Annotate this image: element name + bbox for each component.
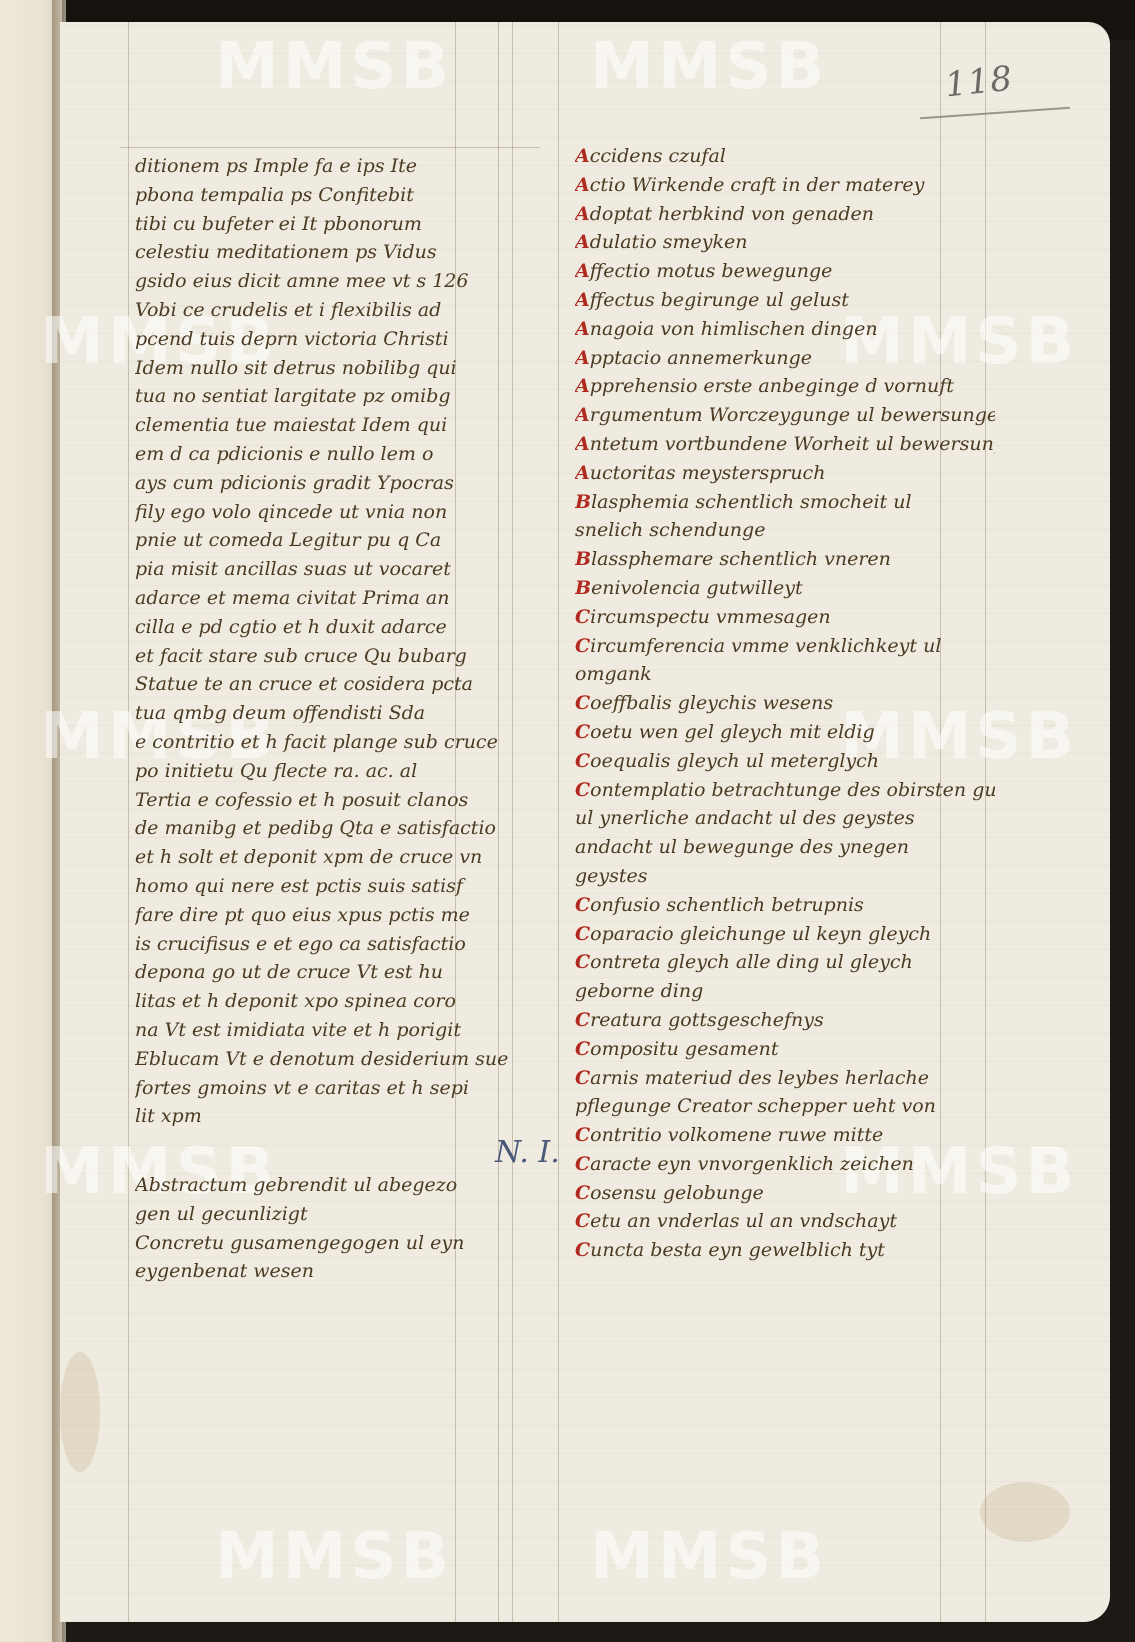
glossary-entry: Circumferencia vmme venklichkeyt ul <box>575 632 995 661</box>
glossary-entry: Affectio motus bewegunge <box>575 257 995 286</box>
text-line: is crucifisus e et ego ca satisfactio <box>135 930 515 959</box>
spacer <box>135 1131 515 1171</box>
left-column-text: ditionem ps Imple fa e ips Itepbona temp… <box>135 152 515 1286</box>
rubricated-initial: A <box>575 203 590 225</box>
text-line: cilla e pd cgtio et h duxit adarce <box>135 613 515 642</box>
entry-text: rgumentum Worczeygunge ul bewersunge <box>590 404 995 426</box>
rubricated-initial: A <box>575 289 590 311</box>
glossary-entry: Antetum vortbundene Worheit ul bewersung… <box>575 430 995 459</box>
text-line: de manibg et pedibg Qta e satisfactio <box>135 814 515 843</box>
folio-number: 118 <box>943 59 1015 106</box>
glossary-entry: Auctoritas meysterspruch <box>575 459 995 488</box>
rubricated-initial: B <box>575 577 591 599</box>
text-line: em d ca pdicionis e nullo lem o <box>135 440 515 469</box>
entry-text: oeffbalis gleychis wesens <box>590 692 833 714</box>
text-line: depona go ut de cruce Vt est hu <box>135 958 515 987</box>
glossary-entry: Contemplatio betrachtunge des obirsten g… <box>575 776 995 805</box>
entry-text: ffectio motus bewegunge <box>590 260 833 282</box>
rubricated-initial: C <box>575 721 590 743</box>
glossary-entry: Caracte eyn vnvorgenklich zeichen <box>575 1150 995 1179</box>
rubricated-initial: C <box>575 1239 590 1261</box>
glossary-entry: Contreta gleych alle ding ul gleych <box>575 948 995 977</box>
glossary-entry: Actio Wirkende craft in der materey <box>575 171 995 200</box>
text-line: tibi cu bufeter ei It pbonorum <box>135 210 515 239</box>
text-line: pia misit ancillas suas ut vocaret <box>135 555 515 584</box>
rubricated-initial: A <box>575 375 590 397</box>
stain <box>60 1352 100 1472</box>
glossary-entry: Argumentum Worczeygunge ul bewersunge <box>575 401 995 430</box>
text-line: adarce et mema civitat Prima an <box>135 584 515 613</box>
rubricated-initial: A <box>575 347 590 369</box>
ruling-line <box>558 22 559 1622</box>
glossary-entry: Affectus begirunge ul gelust <box>575 286 995 315</box>
entry-text: ircumferencia vmme venklichkeyt ul <box>590 635 941 657</box>
watermark: MMSB <box>215 1520 453 1594</box>
glossary-entry: Adoptat herbkind von genaden <box>575 200 995 229</box>
watermark: MMSB <box>215 30 453 104</box>
glossary-entry: ul ynerliche andacht ul des geystes <box>575 804 995 833</box>
rubricated-initial: C <box>575 1124 590 1146</box>
rubricated-initial: A <box>575 404 590 426</box>
rubricated-initial: B <box>575 548 591 570</box>
text-line: gen ul gecunlizigt <box>135 1200 515 1229</box>
entry-text: ontreta gleych alle ding ul gleych <box>590 951 913 973</box>
text-line: po initietu Qu flecte ra. ac. al <box>135 757 515 786</box>
glossary-entry: Blassphemare schentlich vneren <box>575 545 995 574</box>
glossary-entry: Coeffbalis gleychis wesens <box>575 689 995 718</box>
glossary-entry: Coequalis gleych ul meterglych <box>575 747 995 776</box>
entry-text: aracte eyn vnvorgenklich zeichen <box>590 1153 914 1175</box>
text-line: tua no sentiat largitate pz omibg <box>135 382 515 411</box>
rubricated-initial: A <box>575 318 590 340</box>
stain <box>980 1482 1070 1542</box>
text-line: eygenbenat wesen <box>135 1257 515 1286</box>
glossary-entry: Cetu an vnderlas ul an vndschayt <box>575 1207 995 1236</box>
rubricated-initial: C <box>575 1009 590 1031</box>
text-line: homo qui nere est pctis suis satisf <box>135 872 515 901</box>
entry-text: ntetum vortbundene Worheit ul bewersunge <box>590 433 995 455</box>
glossary-entry: Adulatio smeyken <box>575 228 995 257</box>
rubricated-initial: A <box>575 231 590 253</box>
entry-text: ffectus begirunge ul gelust <box>590 289 849 311</box>
text-line: et facit stare sub cruce Qu bubarg <box>135 642 515 671</box>
glossary-entry: Blasphemia schentlich smocheit ul <box>575 488 995 517</box>
text-line: gsido eius dicit amne mee vt s 126 <box>135 267 515 296</box>
glossary-entry: Contritio volkomene ruwe mitte <box>575 1121 995 1150</box>
rubricated-initial: C <box>575 1182 590 1204</box>
rubricated-initial: C <box>575 750 590 772</box>
glossary-entry: geystes <box>575 862 995 891</box>
entry-text: ctio Wirkende craft in der materey <box>590 174 925 196</box>
text-line: litas et h deponit xpo spinea coro <box>135 987 515 1016</box>
entry-text: onfusio schentlich betrupnis <box>590 894 864 916</box>
entry-text: ircumspectu vmmesagen <box>590 606 831 628</box>
text-line: pbona tempalia ps Confitebit <box>135 181 515 210</box>
rubricated-initial: C <box>575 1153 590 1175</box>
watermark: MMSB <box>590 30 828 104</box>
right-column-glossary: Accidens czufalActio Wirkende craft in d… <box>575 142 995 1265</box>
ruling-line <box>120 147 540 148</box>
text-line: et h solt et deponit xpm de cruce vn <box>135 843 515 872</box>
rubricated-initial: C <box>575 1210 590 1232</box>
entry-text: dulatio smeyken <box>590 231 748 253</box>
glossary-entry: Creatura gottsgeschefnys <box>575 1006 995 1035</box>
rubricated-initial: C <box>575 1038 590 1060</box>
text-line: na Vt est imidiata vite et h porigit <box>135 1016 515 1045</box>
ruling-line <box>128 22 129 1622</box>
text-line: fortes gmoins vt e caritas et h sepi <box>135 1074 515 1103</box>
glossary-entry: Coetu wen gel gleych mit eldig <box>575 718 995 747</box>
text-line: Concretu gusamengegogen ul eyn <box>135 1229 515 1258</box>
rubricated-initial: A <box>575 433 590 455</box>
text-line: tua qmbg deum offendisti Sda <box>135 699 515 728</box>
glossary-entry: Coparacio gleichunge ul keyn gleych <box>575 920 995 949</box>
glossary-entry: geborne ding <box>575 977 995 1006</box>
glossary-entry: andacht ul bewegunge des ynegen <box>575 833 995 862</box>
watermark: MMSB <box>590 1520 828 1594</box>
rubricated-initial: C <box>575 606 590 628</box>
text-line: Statue te an cruce et cosidera pcta <box>135 670 515 699</box>
entry-text: pprehensio erste anbeginge d vornuft <box>590 375 954 397</box>
entry-text: oparacio gleichunge ul keyn gleych <box>590 923 931 945</box>
text-line: Eblucam Vt e denotum desiderium sue <box>135 1045 515 1074</box>
rubricated-initial: C <box>575 951 590 973</box>
entry-text: pptacio annemerkunge <box>590 347 812 369</box>
entry-text: oetu wen gel gleych mit eldig <box>590 721 875 743</box>
entry-text: lasphemia schentlich smocheit ul <box>591 491 911 513</box>
rubricated-initial: A <box>575 260 590 282</box>
entry-text: lassphemare schentlich vneren <box>591 548 891 570</box>
text-line: lit xpm <box>135 1102 515 1131</box>
glossary-entry: Cuncta besta eyn gewelblich tyt <box>575 1236 995 1265</box>
entry-text: ccidens czufal <box>590 145 726 167</box>
glossary-entry: snelich schendunge <box>575 516 995 545</box>
rubricated-initial: C <box>575 635 590 657</box>
glossary-entry: Apprehensio erste anbeginge d vornuft <box>575 372 995 401</box>
rubricated-initial: C <box>575 894 590 916</box>
entry-text: osensu gelobunge <box>590 1182 764 1204</box>
entry-text: reatura gottsgeschefnys <box>590 1009 824 1031</box>
glossary-entry: Apptacio annemerkunge <box>575 344 995 373</box>
entry-text: ontritio volkomene ruwe mitte <box>590 1124 883 1146</box>
glossary-entry: Accidens czufal <box>575 142 995 171</box>
text-line: celestiu meditationem ps Vidus <box>135 238 515 267</box>
rubricated-initial: A <box>575 174 590 196</box>
entry-text: uctoritas meysterspruch <box>590 462 826 484</box>
glossary-entry: Circumspectu vmmesagen <box>575 603 995 632</box>
text-line: fily ego volo qincede ut vnia non <box>135 498 515 527</box>
entry-text: oequalis gleych ul meterglych <box>590 750 879 772</box>
glossary-entry: Carnis materiud des leybes herlache <box>575 1064 995 1093</box>
text-line: Abstractum gebrendit ul abegezo <box>135 1171 515 1200</box>
text-line: pnie ut comeda Legitur pu q Ca <box>135 526 515 555</box>
glossary-entry: Compositu gesament <box>575 1035 995 1064</box>
text-line: Idem nullo sit detrus nobilibg qui <box>135 354 515 383</box>
glossary-entry: pflegunge Creator schepper ueht von <box>575 1092 995 1121</box>
entry-text: ompositu gesament <box>590 1038 778 1060</box>
entry-text: etu an vnderlas ul an vndschayt <box>590 1210 897 1232</box>
glossary-entry: Confusio schentlich betrupnis <box>575 891 995 920</box>
rubricated-initial: C <box>575 692 590 714</box>
rubricated-initial: A <box>575 462 590 484</box>
text-line: Vobi ce crudelis et i flexibilis ad <box>135 296 515 325</box>
glossary-entry: Cosensu gelobunge <box>575 1179 995 1208</box>
text-line: Tertia e cofessio et h posuit clanos <box>135 786 515 815</box>
glossary-entry: omgank <box>575 660 995 689</box>
entry-text: enivolencia gutwilleyt <box>591 577 803 599</box>
rubricated-initial: C <box>575 779 590 801</box>
text-line: ditionem ps Imple fa e ips Ite <box>135 152 515 181</box>
entry-text: nagoia von himlischen dingen <box>590 318 878 340</box>
rubricated-initial: B <box>575 491 591 513</box>
glossary-entry: Benivolencia gutwilleyt <box>575 574 995 603</box>
text-line: clementia tue maiestat Idem qui <box>135 411 515 440</box>
rubricated-initial: A <box>575 145 590 167</box>
glossary-entry: Anagoia von himlischen dingen <box>575 315 995 344</box>
entry-text: doptat herbkind von genaden <box>590 203 874 225</box>
rubricated-initial: C <box>575 1067 590 1089</box>
text-line: fare dire pt quo eius xpus pctis me <box>135 901 515 930</box>
rubricated-initial: C <box>575 923 590 945</box>
text-line: e contritio et h facit plange sub cruce <box>135 728 515 757</box>
text-line: ays cum pdicionis gradit Ypocras <box>135 469 515 498</box>
entry-text: arnis materiud des leybes herlache <box>590 1067 929 1089</box>
text-line: pcend tuis deprn victoria Christi <box>135 325 515 354</box>
entry-text: ontemplatio betrachtunge des obirsten gu… <box>590 779 995 801</box>
shelfmark-note: N. I. <box>495 1135 560 1170</box>
entry-text: uncta besta eyn gewelblich tyt <box>590 1239 885 1261</box>
